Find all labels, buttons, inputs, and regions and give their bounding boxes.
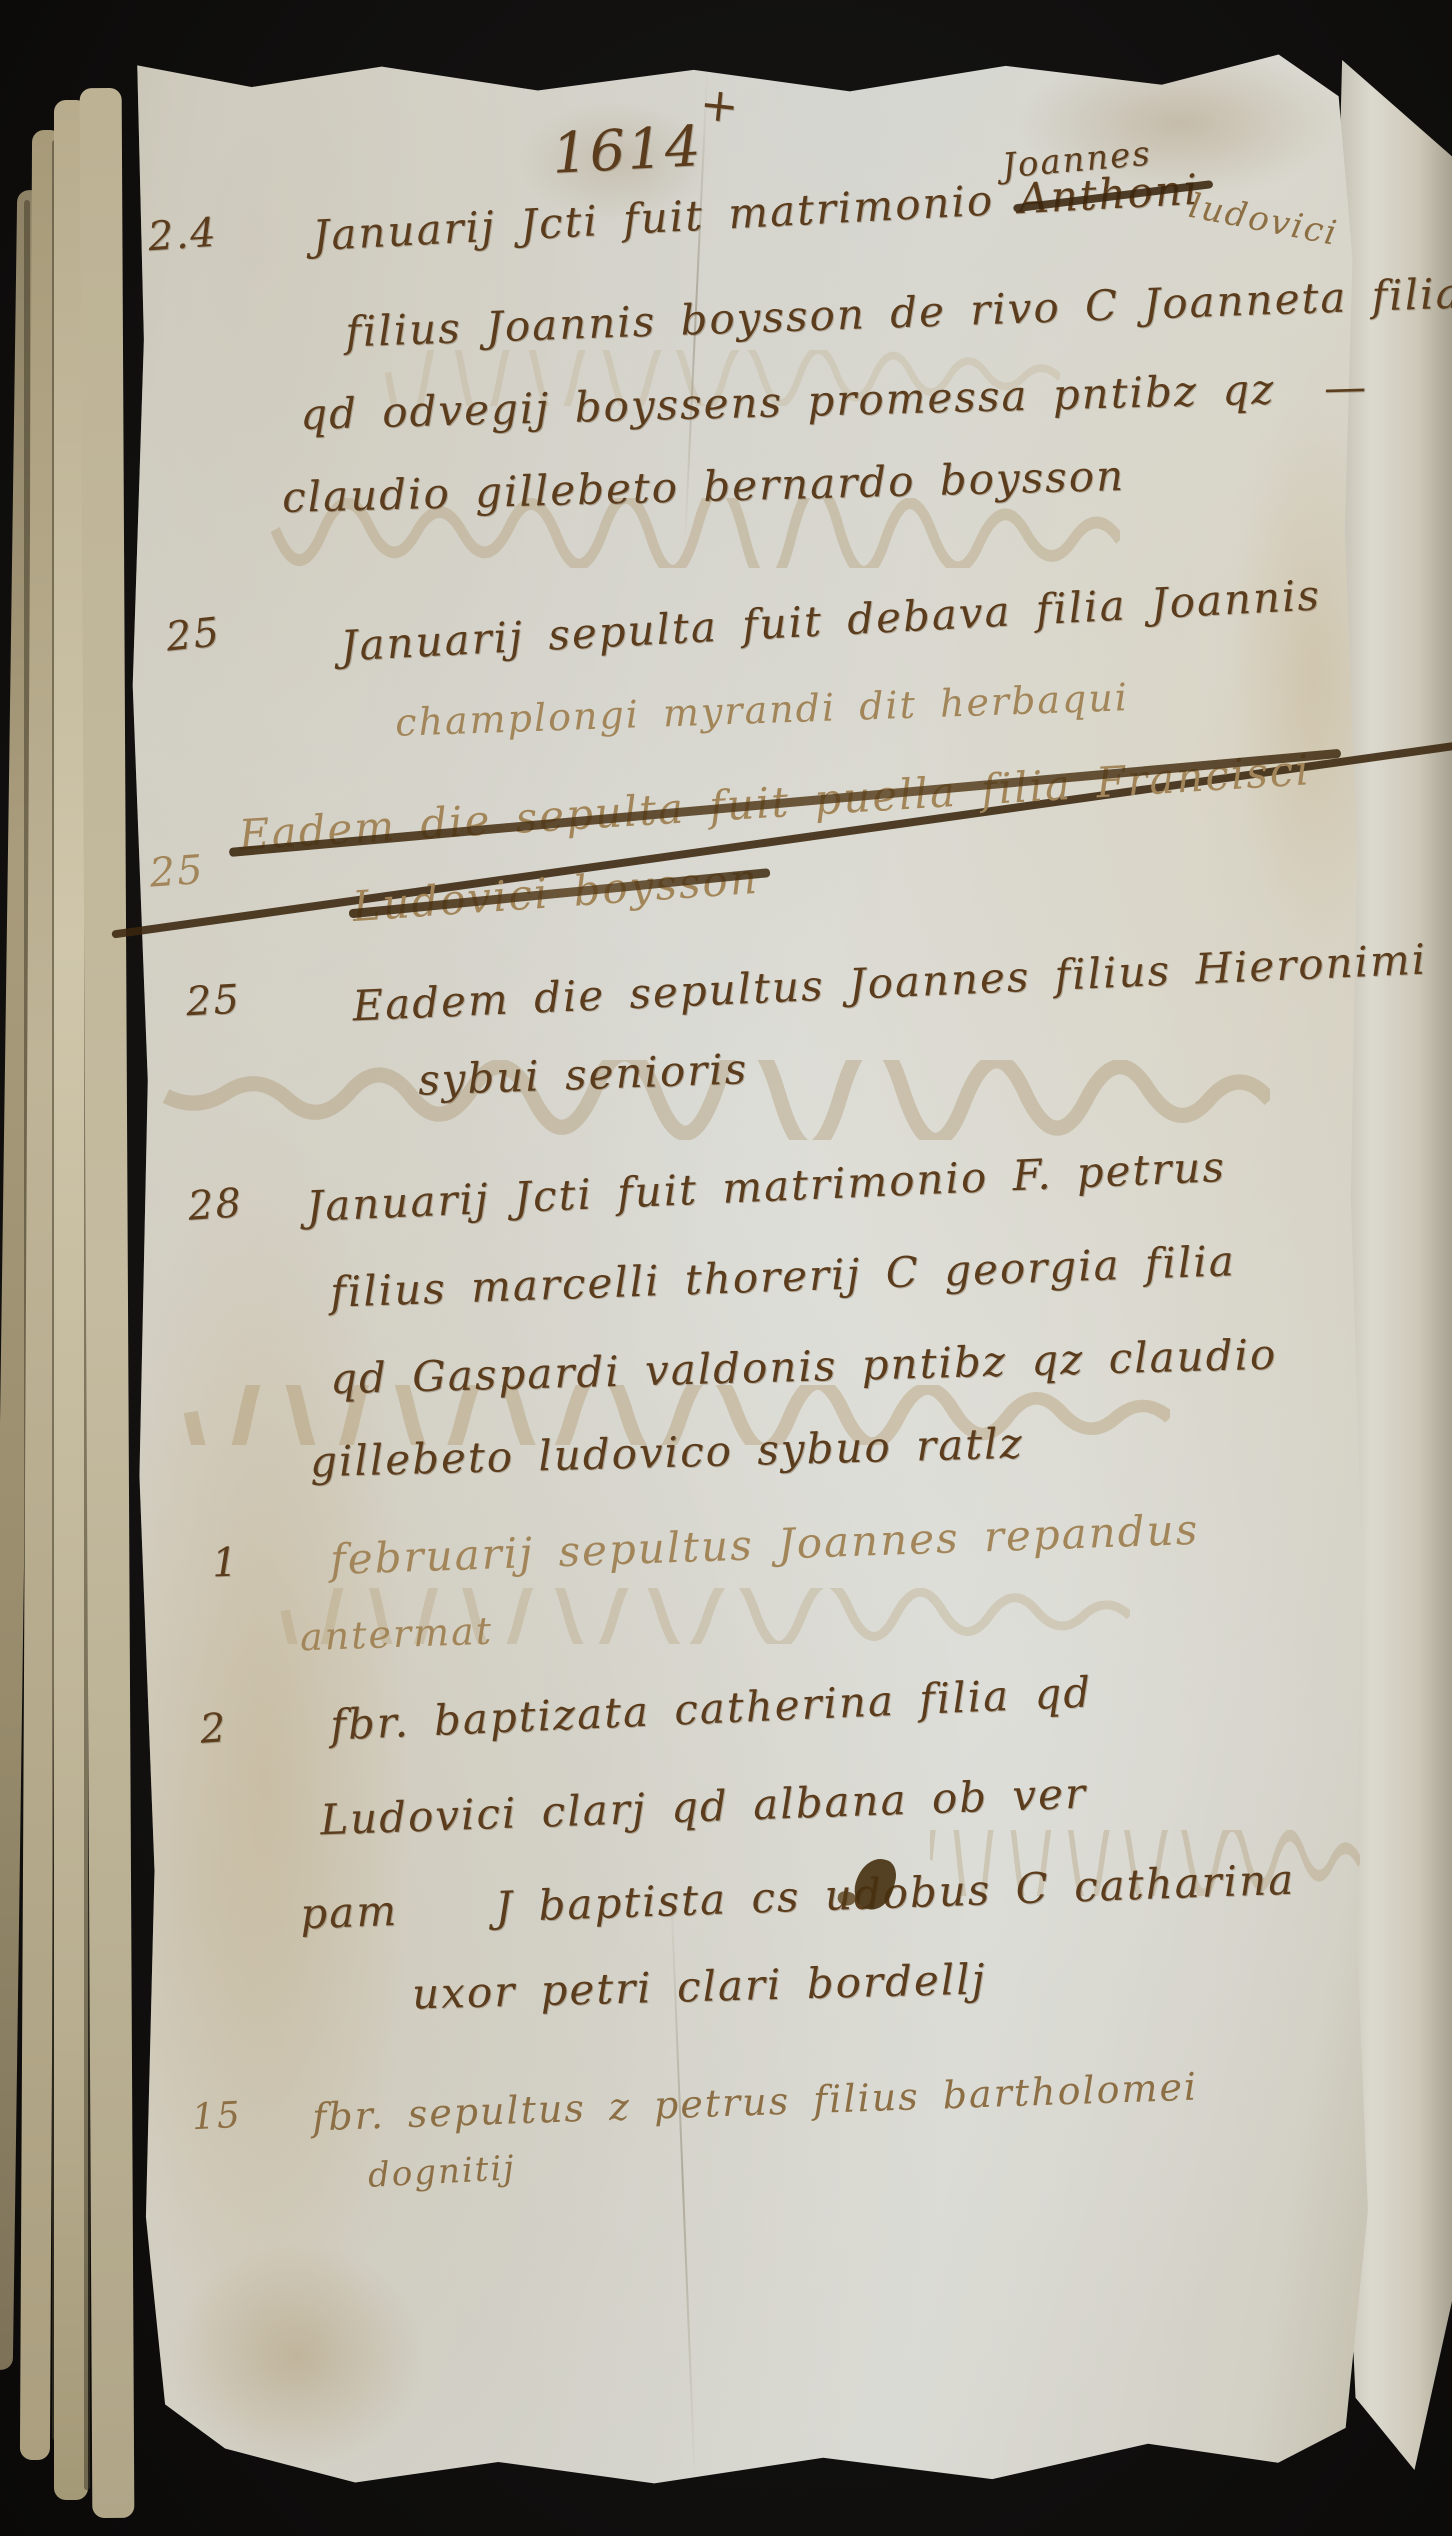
entry-line: dognitij [367,2148,517,2196]
photographed-register-page: 1614 + 2.4 Januarij Jcti fuit matrimonio… [0,0,1452,2536]
entry-date: 15 [191,2095,243,2139]
entry-date: 28 [186,1180,244,1230]
entry-date: 2 [198,1705,229,1753]
book-spine-frayed-pages [0,40,165,2510]
entry-line: antermat [299,1609,493,1660]
year-heading: 1614 [550,114,704,187]
register-entry-cancelled: 25 Eadem die sepulta fuit puella filia F… [0,0,1452,46]
entry-date: 25 [185,977,242,1026]
stain [167,2242,428,2473]
entry-date: 1 [211,1540,240,1587]
cross-mark: + [697,76,743,134]
entry-date: 25 [164,609,223,660]
entry-date: 2.4 [146,210,219,261]
